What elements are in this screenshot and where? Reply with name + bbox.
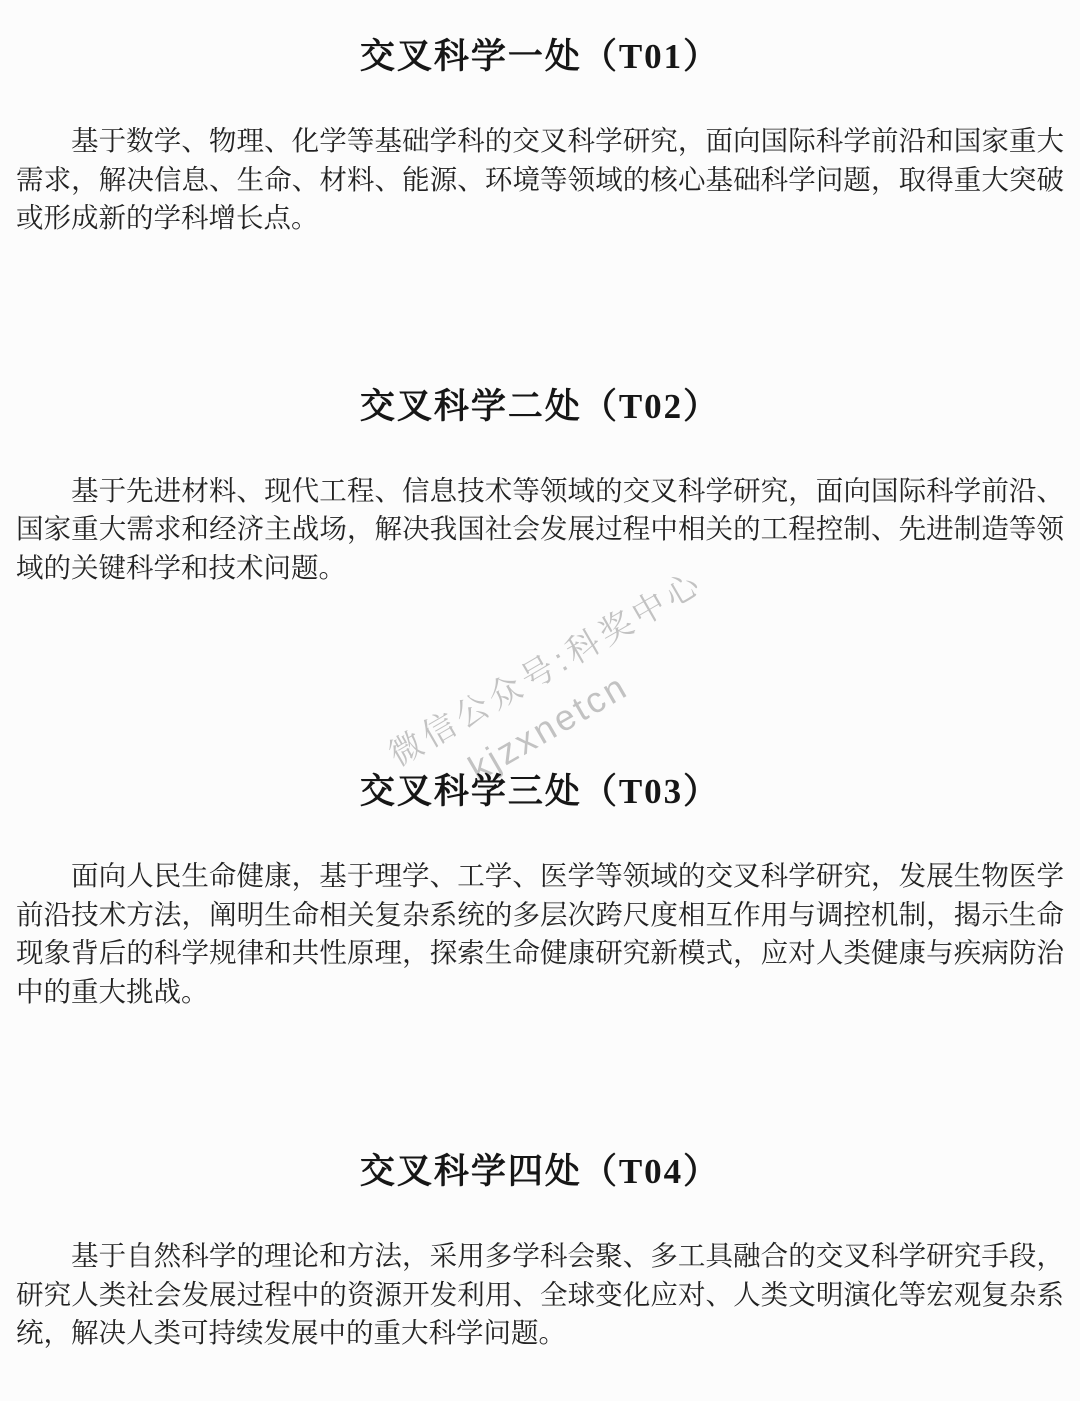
section-t03: 交叉科学三处（T03） 面向人民生命健康，基于理学、工学、医学等领域的交叉科学研… (16, 771, 1064, 1011)
document-page: 微信公众号:科奖中心 kjzxnetcn 交叉科学一处（T01） 基于数学、物理… (0, 0, 1080, 1401)
section-t01-title: 交叉科学一处（T01） (16, 36, 1064, 78)
document-content: 交叉科学一处（T01） 基于数学、物理、化学等基础学科的交叉科学研究，面向国际科… (0, 0, 1080, 1353)
section-t01: 交叉科学一处（T01） 基于数学、物理、化学等基础学科的交叉科学研究，面向国际科… (16, 36, 1064, 238)
section-t04-paragraph: 基于自然科学的理论和方法，采用多学科会聚、多工具融合的交叉科学研究手段，研究人类… (16, 1237, 1064, 1353)
section-t04: 交叉科学四处（T04） 基于自然科学的理论和方法，采用多学科会聚、多工具融合的交… (16, 1151, 1064, 1353)
section-t01-paragraph: 基于数学、物理、化学等基础学科的交叉科学研究，面向国际科学前沿和国家重大需求，解… (16, 122, 1064, 238)
section-t03-paragraph: 面向人民生命健康，基于理学、工学、医学等领域的交叉科学研究，发展生物医学前沿技术… (16, 857, 1064, 1011)
section-t02-title: 交叉科学二处（T02） (16, 386, 1064, 428)
section-t02-paragraph: 基于先进材料、现代工程、信息技术等领域的交叉科学研究，面向国际科学前沿、国家重大… (16, 472, 1064, 588)
section-t03-title: 交叉科学三处（T03） (16, 771, 1064, 813)
section-t04-title: 交叉科学四处（T04） (16, 1151, 1064, 1193)
section-t02: 交叉科学二处（T02） 基于先进材料、现代工程、信息技术等领域的交叉科学研究，面… (16, 386, 1064, 588)
